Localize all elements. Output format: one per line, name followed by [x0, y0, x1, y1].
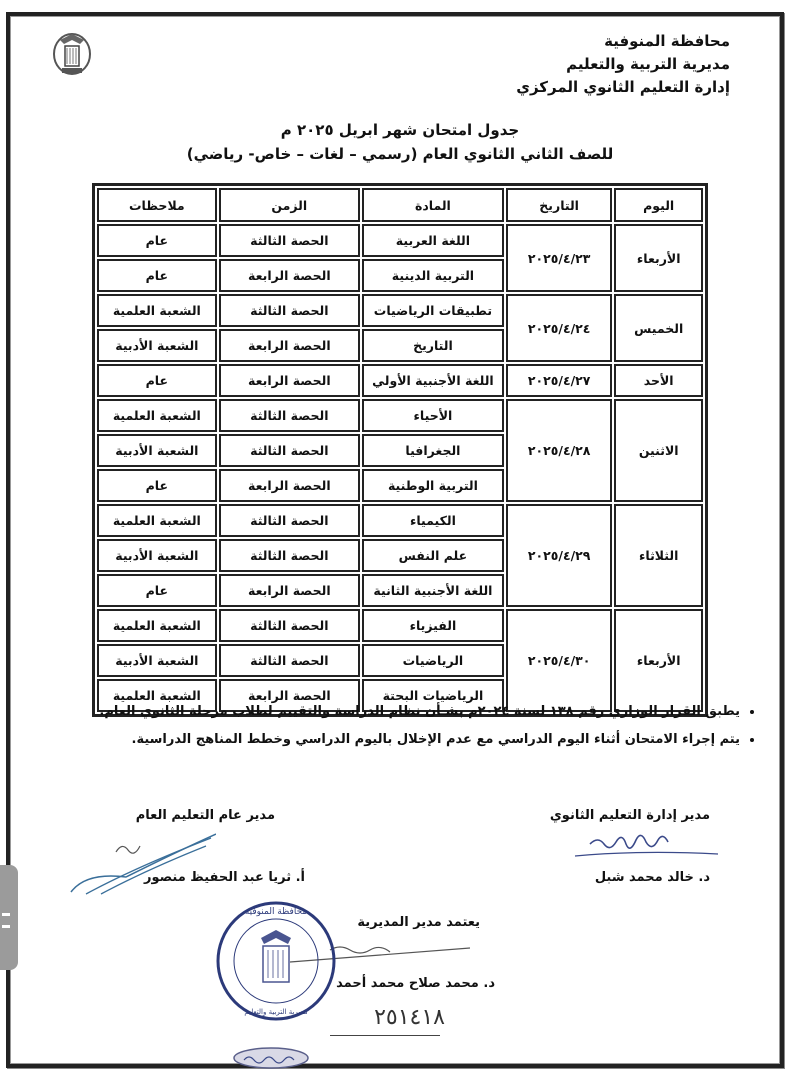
seal-bottom-text: مديرية التربية والتعليم	[244, 1008, 308, 1016]
date-cell: ٢٠٢٥/٤/٢٧	[506, 364, 612, 397]
table-row: الاثنين ٢٠٢٥/٤/٢٨ الأحياء الحصة الثالثة …	[97, 399, 703, 432]
period-cell: الحصة الرابعة	[219, 364, 360, 397]
notes-cell: عام	[97, 364, 217, 397]
period-cell: الحصة الثالثة	[219, 504, 360, 537]
subject-cell: الرياضيات	[362, 644, 504, 677]
day-cell: الأربعاء	[614, 224, 703, 292]
table-row: الأربعاء ٢٠٢٥/٤/٣٠ الفيزياء الحصة الثالث…	[97, 609, 703, 642]
subject-cell: الأحياء	[362, 399, 504, 432]
period-cell: الحصة الرابعة	[219, 574, 360, 607]
date-cell: ٢٠٢٥/٤/٢٣	[506, 224, 612, 292]
notes-cell: الشعبة الأدبية	[97, 434, 217, 467]
title-line-2: للصف الثاني الثانوي العام (رسمي – لغات –…	[150, 142, 650, 166]
notes-cell: عام	[97, 259, 217, 292]
signature-secondary-director: مدير إدارة التعليم الثانوي	[490, 808, 710, 823]
subject-cell: الجغرافيا	[362, 434, 504, 467]
handwritten-signature-icon	[570, 830, 720, 862]
period-cell: الحصة الرابعة	[219, 259, 360, 292]
table-row: الثلاثاء ٢٠٢٥/٤/٢٩ الكيمياء الحصة الثالث…	[97, 504, 703, 537]
period-cell: الحصة الثالثة	[219, 539, 360, 572]
issuer-header: محافظة المنوفية مديرية التربية والتعليم …	[516, 30, 730, 99]
day-cell: الأربعاء	[614, 609, 703, 712]
period-cell: الحصة الثالثة	[219, 294, 360, 327]
date-cell: ٢٠٢٥/٤/٢٨	[506, 399, 612, 502]
day-cell: الخميس	[614, 294, 703, 362]
subject-cell: اللغة الأجنبية الأولي	[362, 364, 504, 397]
subject-cell: علم النفس	[362, 539, 504, 572]
department-name: إدارة التعليم الثانوي المركزي	[516, 76, 730, 99]
header-date: التاريخ	[506, 188, 612, 222]
notes-cell: الشعبة الأدبية	[97, 329, 217, 362]
exam-schedule-table: اليوم التاريخ المادة الزمن ملاحظات الأرب…	[92, 183, 708, 717]
governorate-name: محافظة المنوفية	[516, 30, 730, 53]
period-cell: الحصة الثالثة	[219, 399, 360, 432]
notes-cell: عام	[97, 469, 217, 502]
underline	[330, 1035, 440, 1036]
table-row: الأحد ٢٠٢٥/٤/٢٧ اللغة الأجنبية الأولي ال…	[97, 364, 703, 397]
notes-cell: عام	[97, 224, 217, 257]
directorate-name: مديرية التربية والتعليم	[516, 53, 730, 76]
subject-cell: التاريخ	[362, 329, 504, 362]
notes-cell: الشعبة العلمية	[97, 294, 217, 327]
subject-cell: الكيمياء	[362, 504, 504, 537]
subject-cell: اللغة الأجنبية الثانية	[362, 574, 504, 607]
day-cell: الاثنين	[614, 399, 703, 502]
eagle-emblem-icon	[50, 28, 95, 78]
seal-top-text: محافظة المنوفية	[245, 907, 308, 917]
period-cell: الحصة الثالثة	[219, 644, 360, 677]
approval-name: د. محمد صلاح محمد أحمد	[315, 976, 495, 991]
day-cell: الأحد	[614, 364, 703, 397]
date-cell: ٢٠٢٥/٤/٢٩	[506, 504, 612, 607]
document-title: جدول امتحان شهر ابريل ٢٠٢٥ م للصف الثاني…	[150, 118, 650, 166]
subject-cell: التربية الوطنية	[362, 469, 504, 502]
subject-cell: التربية الدينية	[362, 259, 504, 292]
notes-cell: الشعبة العلمية	[97, 504, 217, 537]
signature-title: مدير إدارة التعليم الثانوي	[490, 808, 710, 823]
subject-cell: اللغة العربية	[362, 224, 504, 257]
header-period: الزمن	[219, 188, 360, 222]
approval-title: يعتمد مدير المديرية	[330, 915, 480, 930]
official-seal-icon: محافظة المنوفية مديرية التربية والتعليم	[213, 898, 339, 1024]
regulation-notes: يطبق القرار الوزاري رقم ١٣٨ لسنة ٢٠٢٤م ب…	[70, 700, 770, 752]
notes-cell: عام	[97, 574, 217, 607]
table-row: الأربعاء ٢٠٢٥/٤/٢٣ اللغة العربية الحصة ا…	[97, 224, 703, 257]
period-cell: الحصة الثالثة	[219, 224, 360, 257]
period-cell: الحصة الرابعة	[219, 469, 360, 502]
table-header-row: اليوم التاريخ المادة الزمن ملاحظات	[97, 188, 703, 222]
signature-general-director: مدير عام التعليم العام	[115, 808, 275, 823]
subject-cell: تطبيقات الرياضيات	[362, 294, 504, 327]
table-row: الخميس ٢٠٢٥/٤/٢٤ تطبيقات الرياضيات الحصة…	[97, 294, 703, 327]
day-cell: الثلاثاء	[614, 504, 703, 607]
header-notes: ملاحظات	[97, 188, 217, 222]
side-drag-handle[interactable]	[0, 865, 18, 970]
date-cell: ٢٠٢٥/٤/٢٤	[506, 294, 612, 362]
oval-stamp-icon	[232, 1046, 310, 1070]
subject-cell: الفيزياء	[362, 609, 504, 642]
notes-cell: الشعبة العلمية	[97, 399, 217, 432]
period-cell: الحصة الرابعة	[219, 329, 360, 362]
header-day: اليوم	[614, 188, 703, 222]
header-subject: المادة	[362, 188, 504, 222]
notes-cell: الشعبة العلمية	[97, 609, 217, 642]
notes-cell: الشعبة الأدبية	[97, 644, 217, 677]
title-line-1: جدول امتحان شهر ابريل ٢٠٢٥ م	[150, 118, 650, 142]
date-cell: ٢٠٢٥/٤/٣٠	[506, 609, 612, 712]
notes-cell: الشعبة الأدبية	[97, 539, 217, 572]
signature-secondary-director-name: د. خالد محمد شبل	[510, 870, 710, 885]
note-item: يتم إجراء الامتحان أثناء اليوم الدراسي م…	[70, 728, 740, 752]
period-cell: الحصة الثالثة	[219, 609, 360, 642]
handwritten-signature-icon	[66, 832, 216, 902]
signature-title: مدير عام التعليم العام	[115, 808, 275, 823]
signature-general-director-name: أ. ثريا عبد الحفيظ منصور	[115, 870, 305, 885]
note-item: يطبق القرار الوزاري رقم ١٣٨ لسنة ٢٠٢٤م ب…	[70, 700, 740, 724]
period-cell: الحصة الثالثة	[219, 434, 360, 467]
handwritten-reference-number: ٢٥١٤١٨	[335, 1005, 445, 1030]
